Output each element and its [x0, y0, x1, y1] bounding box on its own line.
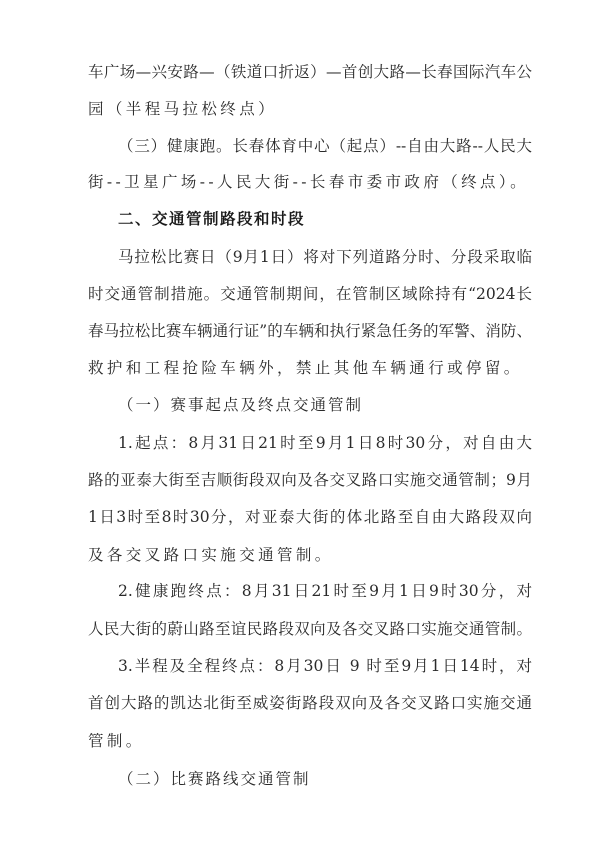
paragraph-line: 街--卫星广场--人民大街--长春市委市政府（终点）。 — [88, 172, 532, 192]
paragraph-line: 春马拉松比赛车辆通行证”的车辆和执行紧急任务的军警、消防、 — [88, 321, 532, 341]
paragraph-line: 园（半程马拉松终点） — [88, 99, 532, 119]
subsection-heading: （二）比赛路线交通管制 — [118, 769, 532, 789]
paragraph-line: 时交通管制措施。交通管制期间，在管制区域除持有“2024长 — [88, 284, 532, 304]
paragraph-line: 马拉松比赛日（9月1日）将对下列道路分时、分段采取临 — [118, 247, 532, 267]
paragraph-line: 车广场—兴安路—（铁道口折返）—首创大路—长春国际汽车公 — [88, 62, 532, 82]
paragraph-line: 人民大街的蔚山路至谊民路段双向及各交叉路口实施交通管制。 — [88, 619, 532, 639]
paragraph-line: 首创大路的凯达北街至威姿街路段双向及各交叉路口实施交通 — [88, 693, 532, 713]
paragraph-line: 管制。 — [88, 731, 532, 751]
paragraph-line: 2.健康跑终点：8月31日21时至9月1日9时30分，对 — [118, 581, 532, 601]
paragraph-line: （三）健康跑。长春体育中心（起点）--自由大路--人民大 — [118, 136, 532, 156]
paragraph-line: 1日3时至8时30分，对亚泰大街的体北路至自由大路段双向 — [88, 507, 532, 527]
subsection-heading: （一）赛事起点及终点交通管制 — [118, 395, 532, 415]
paragraph-line: 及各交叉路口实施交通管制。 — [88, 545, 532, 565]
document-page: 车广场—兴安路—（铁道口折返）—首创大路—长春国际汽车公 园（半程马拉松终点） … — [0, 0, 600, 851]
paragraph-line: 路的亚泰大街至吉顺街段双向及各交叉路口实施交通管制；9月 — [88, 470, 532, 490]
paragraph-line: 1.起点：8月31日21时至9月1日8时30分，对自由大 — [118, 433, 532, 453]
section-heading: 二、交通管制路段和时段 — [118, 209, 532, 229]
paragraph-line: 救护和工程抢险车辆外，禁止其他车辆通行或停留。 — [88, 358, 532, 378]
paragraph-line: 3.半程及全程终点：8月30日 9 时至9月1日14时，对 — [118, 656, 532, 676]
